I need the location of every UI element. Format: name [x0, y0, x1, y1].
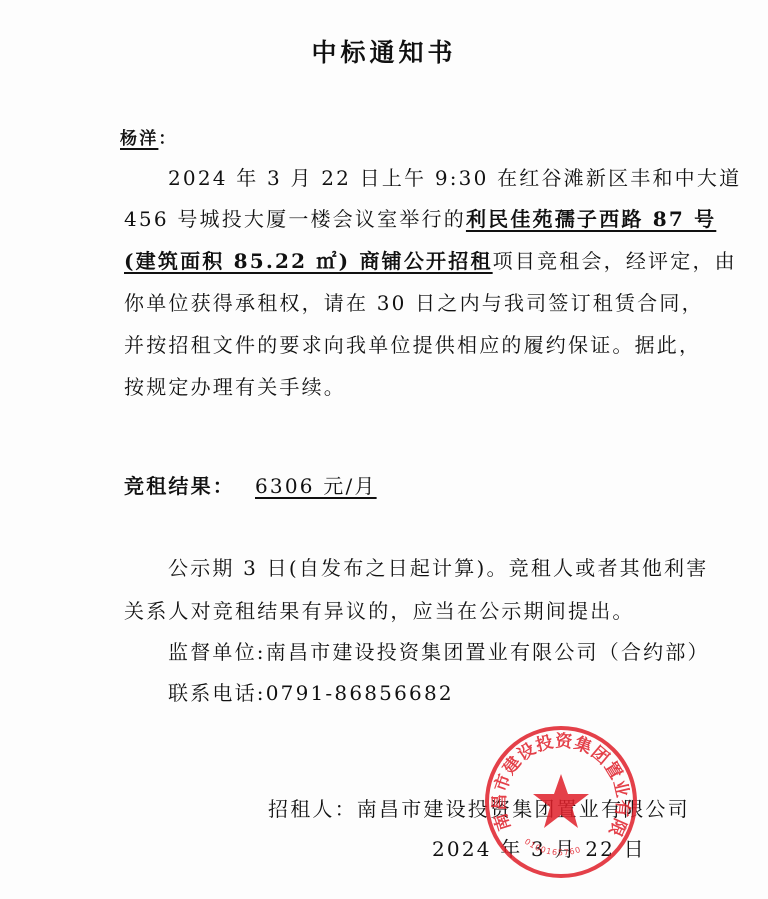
paragraph1-line6: 按规定办理有关手续。: [124, 371, 346, 400]
company-seal-icon: 南昌市建设投资集团置业有限公司 0100165760: [483, 724, 639, 880]
salutation-colon: ：: [158, 129, 177, 149]
paragraph1-line2-prefix: 456 号城投大厦一楼会议室举行的: [124, 207, 466, 231]
svg-text:0100165760: 0100165760: [523, 837, 583, 857]
supervisor-unit: 监督单位:南昌市建设投资集团置业有限公司（合约部）: [168, 636, 710, 665]
paragraph2-line1: 公示期 3 日(自发布之日起计算)。竞租人或者其他利害: [168, 552, 708, 581]
property-address: 利民佳苑孺子西路 87 号: [466, 207, 716, 231]
document-title: 中标通知书: [0, 33, 768, 69]
paragraph1-line5: 并按招租文件的要求向我单位提供相应的履约保证。据此，: [124, 329, 701, 358]
paragraph1-line3: (建筑面积 85.22 ㎡) 商铺公开招租项目竞租会，经评定，由: [124, 245, 737, 274]
paragraph1-line4: 你单位获得承租权，请在 30 日之内与我司签订租赁合同，: [124, 287, 704, 316]
paragraph1-line1: 2024 年 3 月 22 日上午 9:30 在红谷滩新区丰和中大道: [168, 162, 741, 191]
property-area: (建筑面积 85.22 ㎡) 商铺公开招租: [124, 249, 493, 273]
contact-phone: 联系电话:0791-86856682: [168, 677, 454, 706]
salutation: 杨洋：: [120, 124, 178, 149]
paragraph2-line2: 关系人对竞租结果有异议的，应当在公示期间提出。: [124, 595, 635, 624]
bid-result-label: 竞租结果：: [124, 474, 235, 498]
recipient-name: 杨洋: [120, 129, 158, 149]
bid-result: 竞租结果：6306 元/月: [124, 470, 389, 499]
notice-page: 中标通知书 杨洋： 2024 年 3 月 22 日上午 9:30 在红谷滩新区丰…: [0, 0, 768, 899]
paragraph1-line3-suffix: 项目竞租会，经评定，由: [493, 249, 737, 273]
bid-result-value: 6306 元/月: [245, 474, 389, 498]
paragraph1-line2: 456 号城投大厦一楼会议室举行的利民佳苑孺子西路 87 号: [124, 203, 716, 232]
